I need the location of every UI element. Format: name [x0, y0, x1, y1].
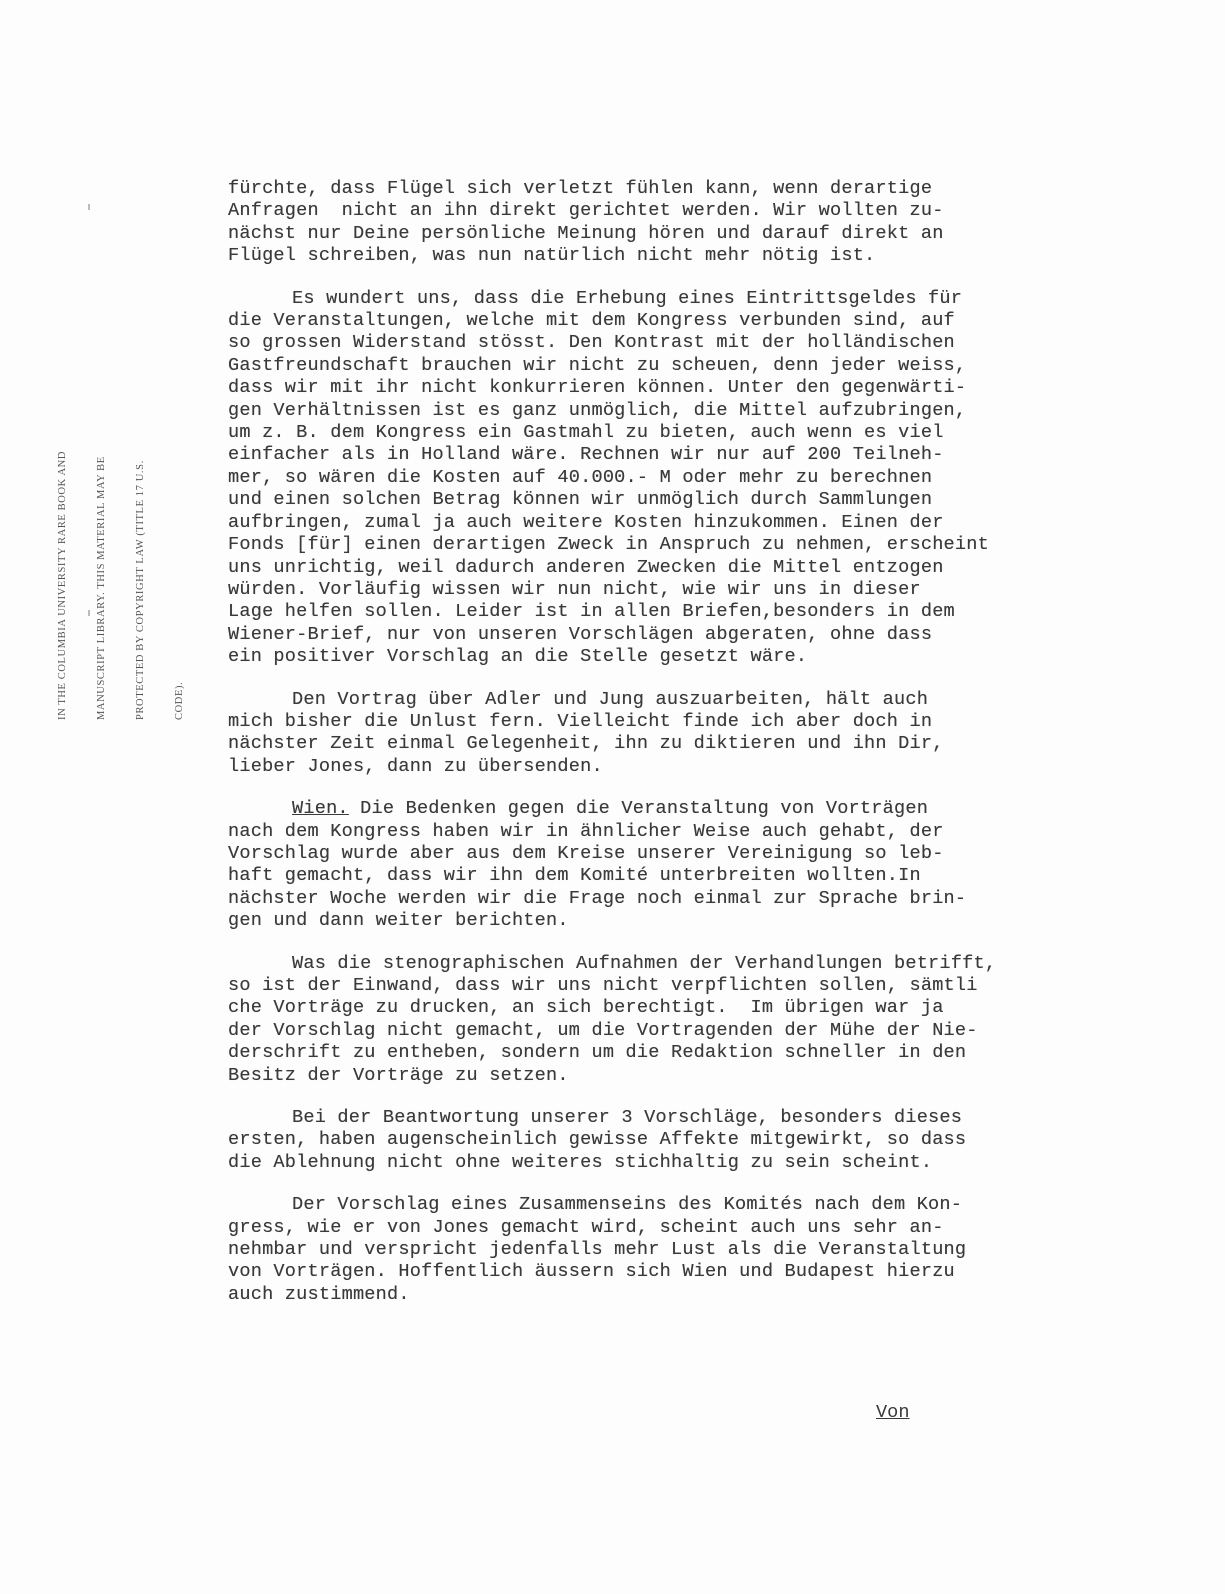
document-page: IN THE COLUMBIA UNIVERSITY RARE BOOK AND… [0, 0, 1225, 1594]
text-line: ersten, haben augenscheinlich gewisse Af… [228, 1129, 1148, 1151]
text-line: che Vorträge zu drucken, an sich berecht… [228, 997, 1148, 1019]
text-line: uns unrichtig, weil dadurch anderen Zwec… [228, 557, 1148, 579]
text-line: einfacher als in Holland wäre. Rechnen w… [228, 444, 1148, 466]
text-line: um z. B. dem Kongress ein Gastmahl zu bi… [228, 422, 1148, 444]
page-continuation-word: Von [876, 1402, 909, 1423]
letter-body: fürchte, dass Flügel sich verletzt fühle… [228, 178, 1148, 1306]
text-line: der Vorschlag nicht gemacht, um die Vort… [228, 1020, 1148, 1042]
text-line: Wiener-Brief, nur von unseren Vorschläge… [228, 624, 1148, 646]
text-line: mich bisher die Unlust fern. Vielleicht … [228, 711, 1148, 733]
text-line: gen Verhältnissen ist es ganz unmöglich,… [228, 400, 1148, 422]
text-line: mer, so wären die Kosten auf 40.000.- M … [228, 467, 1148, 489]
text-line: Gastfreundschaft brauchen wir nicht zu s… [228, 355, 1148, 377]
text-span: Die Bedenken gegen die Veranstaltung von… [349, 798, 928, 819]
text-line: aufbringen, zumal ja auch weitere Kosten… [228, 512, 1148, 534]
text-line: fürchte, dass Flügel sich verletzt fühle… [228, 178, 1148, 200]
text-line: Vorschlag wurde aber aus dem Kreise unse… [228, 843, 1148, 865]
copyright-margin-note: IN THE COLUMBIA UNIVERSITY RARE BOOK AND… [30, 360, 212, 720]
text-line: nehmbar und verspricht jedenfalls mehr L… [228, 1239, 1148, 1261]
text-line: Anfragen nicht an ihn direkt gerichtet w… [228, 200, 1148, 222]
text-line-with-handwritten-insert: Fonds [für] einen derartigen Zweck in An… [228, 534, 1148, 556]
text-line: und einen solchen Betrag können wir unmö… [228, 489, 1148, 511]
text-line: nächster Zeit einmal Gelegenheit, ihn zu… [228, 733, 1148, 755]
text-line: nach dem Kongress haben wir in ähnlicher… [228, 821, 1148, 843]
text-line: Was die stenographischen Aufnahmen der V… [228, 953, 1148, 975]
copyright-line: CODE). [173, 360, 186, 720]
text-line: gen und dann weiter berichten. [228, 910, 1148, 932]
text-line: so ist der Einwand, dass wir uns nicht v… [228, 975, 1148, 997]
paragraph: Der Vorschlag eines Zusammenseins des Ko… [228, 1194, 1148, 1306]
text-line: Bei der Beantwortung unserer 3 Vorschläg… [228, 1107, 1148, 1129]
text-line: gress, wie er von Jones gemacht wird, sc… [228, 1217, 1148, 1239]
text-line: Lage helfen sollen. Leider ist in allen … [228, 601, 1148, 623]
paragraph: fürchte, dass Flügel sich verletzt fühle… [228, 178, 1148, 268]
text-line: die Veranstaltungen, welche mit dem Kong… [228, 310, 1148, 332]
paragraph: Den Vortrag über Adler und Jung auszuarb… [228, 689, 1148, 779]
text-line: von Vorträgen. Hoffentlich äussern sich … [228, 1261, 1148, 1283]
text-line: Den Vortrag über Adler und Jung auszuarb… [228, 689, 1148, 711]
text-line: so grossen Widerstand stösst. Den Kontra… [228, 332, 1148, 354]
text-line: lieber Jones, dann zu übersenden. [228, 756, 1148, 778]
text-line: Der Vorschlag eines Zusammenseins des Ko… [228, 1194, 1148, 1216]
text-line: die Ablehnung nicht ohne weiteres stichh… [228, 1152, 1148, 1174]
text-line: derschrift zu entheben, sondern um die R… [228, 1042, 1148, 1064]
paragraph: Es wundert uns, dass die Erhebung eines … [228, 288, 1148, 669]
text-line: haft gemacht, dass wir ihn dem Komité un… [228, 865, 1148, 887]
paragraph: Bei der Beantwortung unserer 3 Vorschläg… [228, 1107, 1148, 1174]
copyright-line: MANUSCRIPT LIBRARY. THIS MATERIAL MAY BE [95, 360, 108, 720]
text-line: Besitz der Vorträge zu setzen. [228, 1065, 1148, 1087]
margin-speck [88, 610, 90, 616]
text-line: Es wundert uns, dass die Erhebung eines … [228, 288, 1148, 310]
margin-speck [88, 204, 90, 210]
text-line: nächster Woche werden wir die Frage noch… [228, 888, 1148, 910]
text-line: auch zustimmend. [228, 1284, 1148, 1306]
text-line: würden. Vorläufig wissen wir nun nicht, … [228, 579, 1148, 601]
copyright-line: IN THE COLUMBIA UNIVERSITY RARE BOOK AND [56, 360, 69, 720]
section-heading-wien: Wien. [292, 798, 349, 819]
copyright-line: PROTECTED BY COPYRIGHT LAW (TITLE 17 U.S… [134, 360, 147, 720]
text-line: Wien. Die Bedenken gegen die Veranstaltu… [228, 798, 1148, 820]
text-line: nächst nur Deine persönliche Meinung hör… [228, 223, 1148, 245]
text-line: ein positiver Vorschlag an die Stelle ge… [228, 646, 1148, 668]
text-line: Flügel schreiben, was nun natürlich nich… [228, 245, 1148, 267]
text-line: dass wir mit ihr nicht konkurrieren könn… [228, 377, 1148, 399]
paragraph: Wien. Die Bedenken gegen die Veranstaltu… [228, 798, 1148, 932]
paragraph: Was die stenographischen Aufnahmen der V… [228, 953, 1148, 1087]
